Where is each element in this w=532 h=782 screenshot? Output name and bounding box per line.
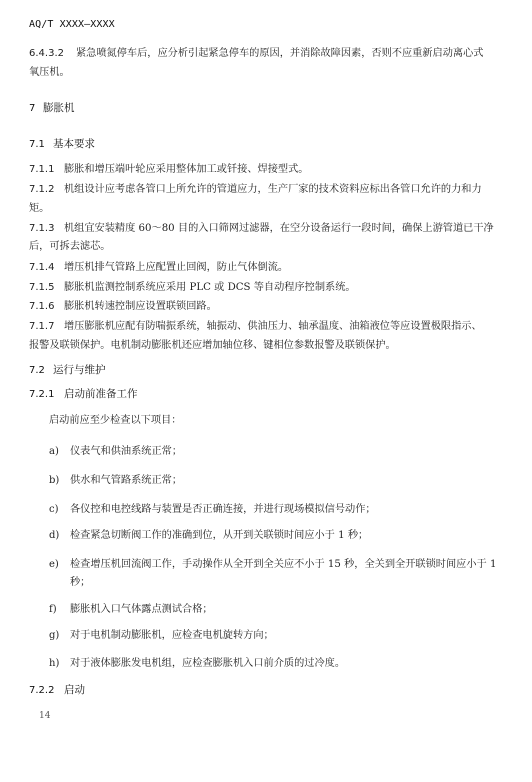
clause-7-1-6: 7.1.6膨胀机转速控制应设置联锁回路。 xyxy=(29,297,217,312)
clause-text: 膨胀机转速控制应设置联锁回路。 xyxy=(64,301,217,312)
list-marker: e) xyxy=(49,559,70,570)
clause-7-1-7: 7.1.7增压膨胀机应配有防喘振系统，轴振动、供油压力、轴承温度、油箱液位等应设… xyxy=(29,317,482,332)
list-item-text: 供水和气管路系统正常； xyxy=(70,475,182,486)
clause-7-1-3-continuation: 后，可拆去滤芯。 xyxy=(29,237,111,252)
list-item-b: b)供水和气管路系统正常； xyxy=(49,471,182,486)
list-marker: d) xyxy=(49,530,70,541)
section-title: 运行与维护 xyxy=(53,364,106,376)
list-item-c: c)各仪控和电控线路与装置是否正确连接，并进行现场模拟信号动作； xyxy=(49,500,376,515)
list-item-text: 对于电机制动膨胀机，应检查电机旋转方向； xyxy=(70,630,274,641)
clause-7-1-5: 7.1.5膨胀机监测控制系统应采用 PLC 或 DCS 等自动程序控制系统。 xyxy=(29,278,356,293)
clause-number: 7.1.1 xyxy=(29,164,64,175)
list-item-e: e)检查增压机回流阀工作，手动操作从全开到全关应不小于 15 秒，全关到全开联锁… xyxy=(49,555,496,570)
clause-text: 紧急喷氮停车后，应分析引起紧急停车的原因，并消除故障因素，否则不应重新启动离心式 xyxy=(76,48,484,59)
page-number: 14 xyxy=(39,711,50,721)
document-code-header: AQ/T XXXX—XXXX xyxy=(29,19,115,30)
section-heading-7-2-2: 7.2.2启动 xyxy=(29,682,85,697)
section-title: 启动 xyxy=(64,684,85,696)
clause-7-1-1: 7.1.1膨胀和增压端叶轮应采用整体加工或钎接、焊接型式。 xyxy=(29,160,309,175)
clause-text: 膨胀和增压端叶轮应采用整体加工或钎接、焊接型式。 xyxy=(64,164,309,175)
clause-text: 增压机排气管路上应配置止回阀，防止气体倒流。 xyxy=(64,262,288,273)
checklist-intro: 启动前应至少检查以下项目： xyxy=(49,411,181,426)
list-item-text: 膨胀机入口气体露点测试合格； xyxy=(70,604,213,615)
list-item-text: 对于液体膨胀发电机组，应检查膨胀机入口前介质的过冷度。 xyxy=(70,658,345,669)
list-item-text: 检查增压机回流阀工作，手动操作从全开到全关应不小于 15 秒，全关到全开联锁时间… xyxy=(70,559,496,570)
section-heading-7-1: 7.1基本要求 xyxy=(29,136,95,151)
clause-7-1-4: 7.1.4增压机排气管路上应配置止回阀，防止气体倒流。 xyxy=(29,258,288,273)
clause-text: 机组宜安装精度 60～80 目的入口筛网过滤器，在空分设备运行一段时间，确保上游… xyxy=(64,223,494,234)
clause-text: 膨胀机监测控制系统应采用 PLC 或 DCS 等自动程序控制系统。 xyxy=(64,282,356,293)
section-title: 基本要求 xyxy=(53,138,95,150)
clause-number: 7.1.5 xyxy=(29,282,64,293)
list-item-a: a)仪表气和供油系统正常； xyxy=(49,442,182,457)
list-item-text: 各仪控和电控线路与装置是否正确连接，并进行现场模拟信号动作； xyxy=(70,504,376,515)
list-marker: h) xyxy=(49,658,70,669)
clause-number: 7.1.3 xyxy=(29,223,64,234)
clause-text: 增压膨胀机应配有防喘振系统，轴振动、供油压力、轴承温度、油箱液位等应设置极限指示… xyxy=(64,321,482,332)
section-heading-7: 7膨胀机 xyxy=(29,100,75,115)
list-marker: g) xyxy=(49,630,70,641)
clause-number: 7.1.6 xyxy=(29,301,64,312)
section-heading-7-2-1: 7.2.1启动前准备工作 xyxy=(29,386,138,401)
clause-number: 7.1.7 xyxy=(29,321,64,332)
section-title: 启动前准备工作 xyxy=(64,388,138,400)
list-item-h: h)对于液体膨胀发电机组，应检查膨胀机入口前介质的过冷度。 xyxy=(49,654,345,669)
clause-6-4-3-2: 6.4.3.2紧急喷氮停车后，应分析引起紧急停车的原因，并消除故障因素，否则不应… xyxy=(29,44,484,59)
clause-7-1-3: 7.1.3机组宜安装精度 60～80 目的入口筛网过滤器，在空分设备运行一段时间… xyxy=(29,219,494,234)
section-heading-7-2: 7.2运行与维护 xyxy=(29,362,106,377)
section-number: 7.2.2 xyxy=(29,685,64,696)
clause-number: 7.1.4 xyxy=(29,262,64,273)
clause-7-1-2-continuation: 矩。 xyxy=(29,199,49,214)
list-item-text: 仪表气和供油系统正常； xyxy=(70,446,182,457)
section-number: 7.1 xyxy=(29,139,53,150)
list-item-d: d)检查紧急切断阀工作的准确到位，从开到关联锁时间应小于 1 秒； xyxy=(49,526,368,541)
list-item-g: g)对于电机制动膨胀机，应检查电机旋转方向； xyxy=(49,626,274,641)
list-item-f: f)膨胀机入口气体露点测试合格； xyxy=(49,600,213,615)
clause-text: 机组设计应考虑各管口上所允许的管道应力，生产厂家的技术资料应标出各管口允许的力和… xyxy=(64,184,482,195)
section-number: 7.2 xyxy=(29,365,53,376)
list-item-text: 检查紧急切断阀工作的准确到位，从开到关联锁时间应小于 1 秒； xyxy=(70,530,368,541)
clause-7-1-7-continuation: 报警及联锁保护。电机制动膨胀机还应增加轴位移、键相位参数报警及联锁保护。 xyxy=(29,336,396,351)
section-number: 7.2.1 xyxy=(29,389,64,400)
list-marker: f) xyxy=(49,604,70,615)
list-marker: b) xyxy=(49,475,70,486)
list-marker: c) xyxy=(49,504,70,515)
clause-number: 7.1.2 xyxy=(29,184,64,195)
section-title: 膨胀机 xyxy=(43,102,75,114)
section-number: 7 xyxy=(29,103,43,114)
clause-7-1-2: 7.1.2机组设计应考虑各管口上所允许的管道应力，生产厂家的技术资料应标出各管口… xyxy=(29,180,482,195)
list-marker: a) xyxy=(49,446,70,457)
clause-number: 6.4.3.2 xyxy=(29,48,76,59)
clause-6-4-3-2-continuation: 氧压机。 xyxy=(29,63,70,78)
list-item-e-continuation: 秒； xyxy=(70,573,90,588)
document-page: AQ/T XXXX—XXXX 6.4.3.2紧急喷氮停车后，应分析引起紧急停车的… xyxy=(0,0,532,782)
